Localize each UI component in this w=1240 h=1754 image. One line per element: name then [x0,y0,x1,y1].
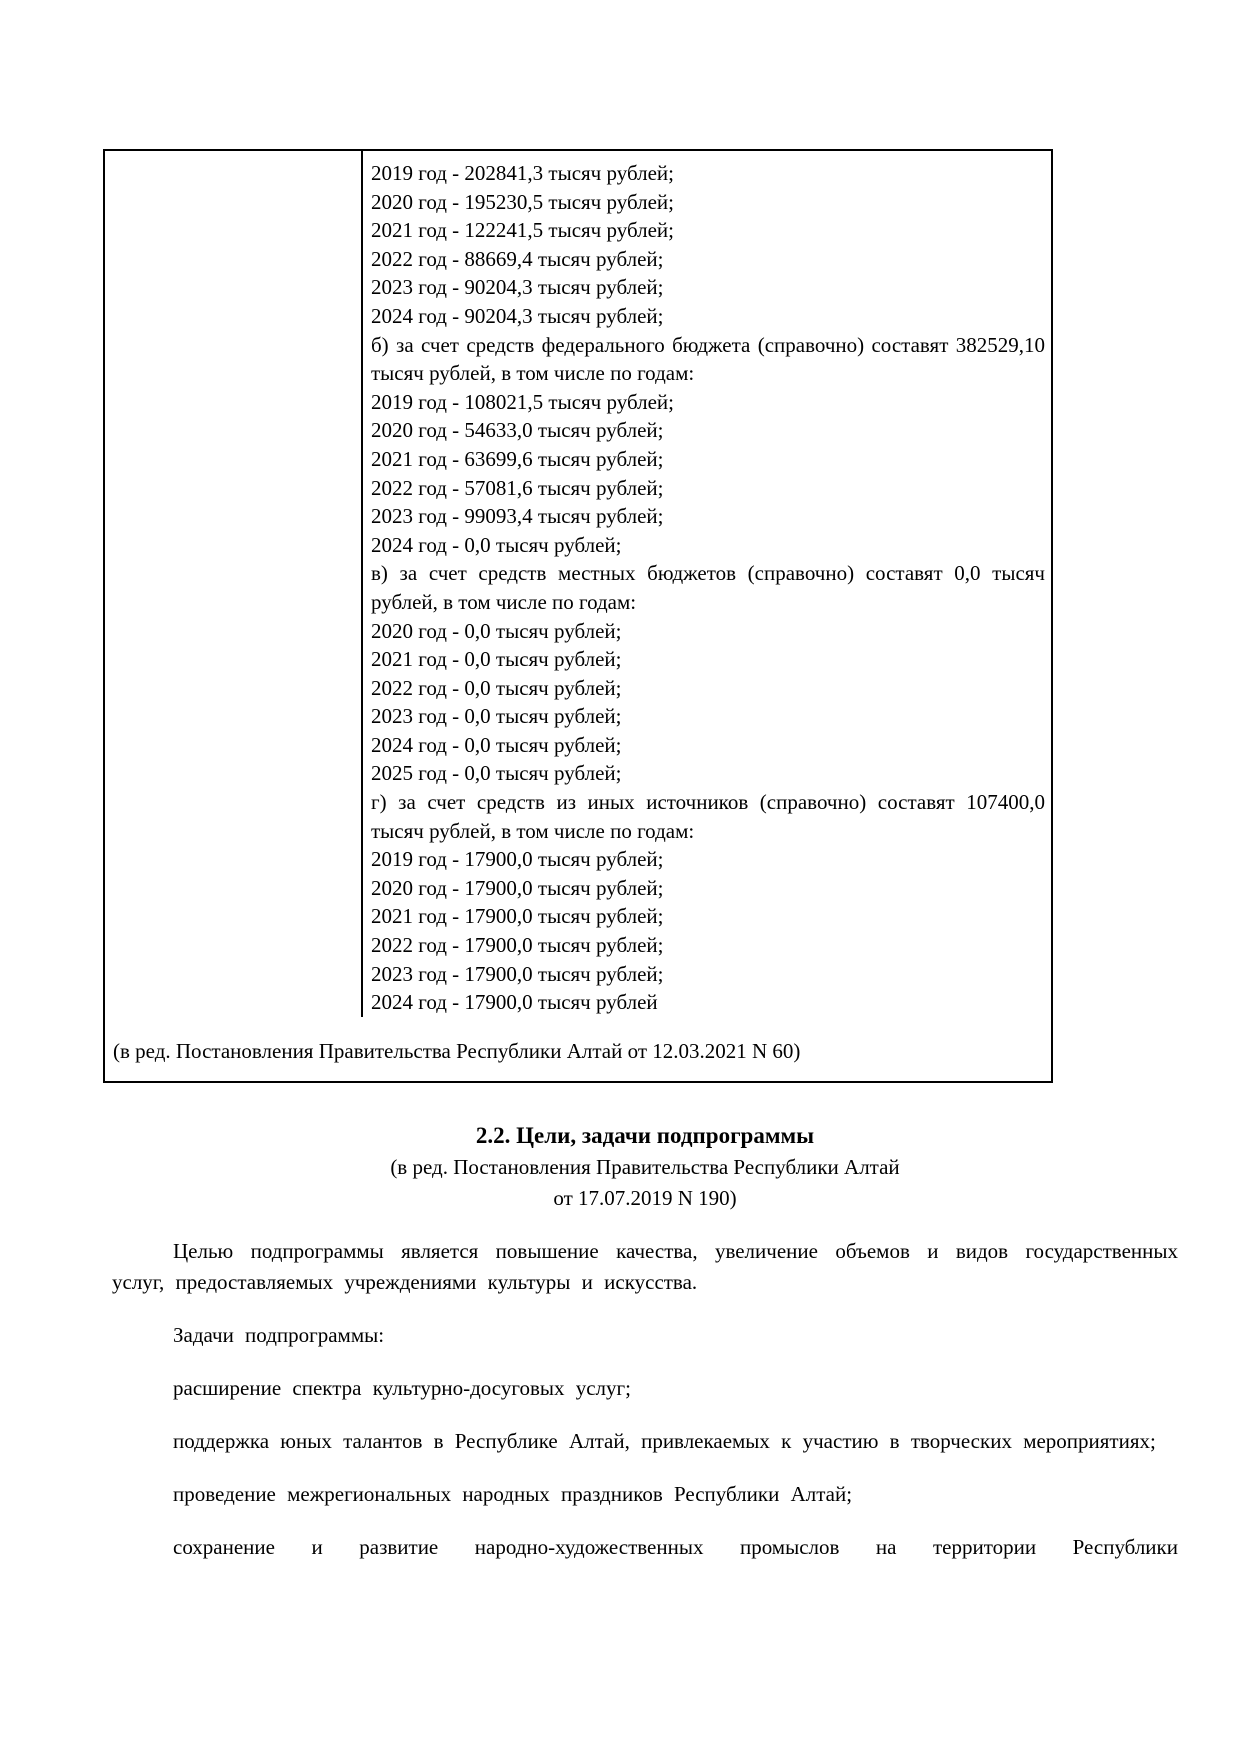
body-paragraph: проведение межрегиональных народных праз… [112,1479,1178,1510]
budget-line: 2021 год - 17900,0 тысяч рублей; [371,902,1045,931]
body-paragraph: расширение спектра культурно-досуговых у… [112,1373,1178,1404]
document-page: 2019 год - 202841,3 тысяч рублей; 2020 г… [0,0,1240,1754]
budget-line: 2023 год - 99093,4 тысяч рублей; [371,502,1045,531]
budget-line: 2023 год - 0,0 тысяч рублей; [371,702,1045,731]
budget-line: 2020 год - 54633,0 тысяч рублей; [371,416,1045,445]
budget-line: 2023 год - 17900,0 тысяч рублей; [371,960,1045,989]
section-amendment-line1: (в ред. Постановления Правительства Респ… [112,1152,1178,1183]
body-paragraph: Целью подпрограммы является повышение ка… [112,1236,1178,1298]
budget-line: б) за счет средств федерального бюджета … [371,331,1045,388]
budget-line: 2024 год - 17900,0 тысяч рублей [371,988,1045,1017]
table-amendment-note: (в ред. Постановления Правительства Респ… [105,1037,1051,1081]
budget-line: в) за счет средств местных бюджетов (спр… [371,559,1045,616]
section-body: Целью подпрограммы является повышение ка… [112,1236,1178,1563]
budget-table-left-cell [105,151,363,1017]
budget-table-values-cell: 2019 год - 202841,3 тысяч рублей; 2020 г… [363,151,1051,1017]
body-paragraph: сохранение и развитие народно-художестве… [112,1532,1178,1563]
budget-line: 2019 год - 17900,0 тысяч рублей; [371,845,1045,874]
budget-table: 2019 год - 202841,3 тысяч рублей; 2020 г… [103,149,1053,1083]
body-paragraph: Задачи подпрограммы: [112,1320,1178,1351]
budget-line: 2020 год - 17900,0 тысяч рублей; [371,874,1045,903]
budget-line: 2021 год - 63699,6 тысяч рублей; [371,445,1045,474]
budget-line: 2024 год - 0,0 тысяч рублей; [371,531,1045,560]
section-heading: 2.2. Цели, задачи подпрограммы [112,1120,1178,1152]
budget-line: 2019 год - 108021,5 тысяч рублей; [371,388,1045,417]
budget-line: 2021 год - 122241,5 тысяч рублей; [371,216,1045,245]
budget-line: 2022 год - 88669,4 тысяч рублей; [371,245,1045,274]
budget-line: 2022 год - 0,0 тысяч рублей; [371,674,1045,703]
budget-line: 2022 год - 57081,6 тысяч рублей; [371,474,1045,503]
section-amendment-line2: от 17.07.2019 N 190) [112,1183,1178,1214]
budget-line: 2020 год - 195230,5 тысяч рублей; [371,188,1045,217]
budget-line: 2023 год - 90204,3 тысяч рублей; [371,273,1045,302]
budget-line: 2021 год - 0,0 тысяч рублей; [371,645,1045,674]
budget-line: 2024 год - 0,0 тысяч рублей; [371,731,1045,760]
budget-line: 2019 год - 202841,3 тысяч рублей; [371,159,1045,188]
budget-line: 2025 год - 0,0 тысяч рублей; [371,759,1045,788]
budget-table-row: 2019 год - 202841,3 тысяч рублей; 2020 г… [105,151,1051,1017]
budget-line: 2022 год - 17900,0 тысяч рублей; [371,931,1045,960]
budget-line: г) за счет средств из иных источников (с… [371,788,1045,845]
budget-line: 2024 год - 90204,3 тысяч рублей; [371,302,1045,331]
body-paragraph: поддержка юных талантов в Республике Алт… [112,1426,1178,1457]
budget-line: 2020 год - 0,0 тысяч рублей; [371,617,1045,646]
section-content: 2.2. Цели, задачи подпрограммы (в ред. П… [112,1120,1178,1563]
